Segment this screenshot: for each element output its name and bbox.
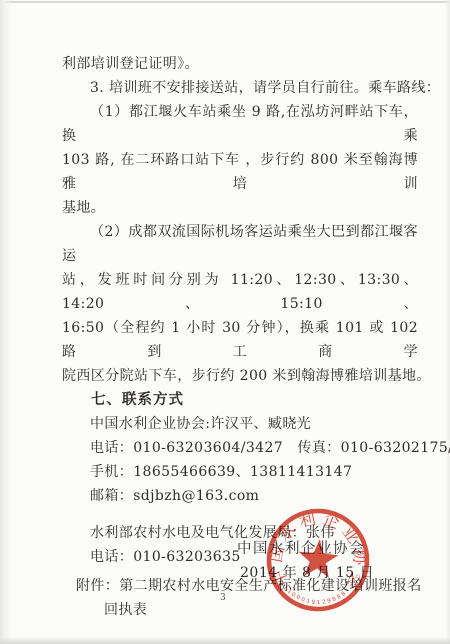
text-line: 基地。	[62, 196, 418, 220]
scan-edge-right	[445, 0, 450, 644]
scan-edge-left	[0, 0, 11, 644]
text-line: 16:50（全程约 1 小时 30 分钟），换乘 101 或 102 路到工商学	[62, 316, 418, 364]
text-line: 手机：18655466639、13811413147	[62, 460, 418, 484]
text-line: 站，发班时间分别为 11:20、12:30、13:30、14:20、15:10、	[62, 268, 418, 316]
text-line: 七、联系方式	[62, 388, 418, 412]
seal-star-icon	[297, 537, 340, 578]
text-line: （2）成都双流国际机场客运站乘坐大巴到都江堰客运	[62, 220, 418, 268]
official-seal-stamp: 中国水利企业协会 1100019129888	[248, 490, 389, 631]
text-line: 电话：010-63203604/3427 传真：010-63202175/360…	[62, 436, 418, 460]
text-line: 3. 培训班不安排接送站，请学员自行前往。乘车路线：	[62, 76, 418, 100]
text-line: 利部培训登记证明》。	[62, 52, 418, 76]
text-line: （1）都江堰火车站乘坐 9 路,在泓坊河畔站下车，换乘	[62, 100, 418, 148]
scan-edge-top	[0, 1, 450, 3]
text-line: 院西区分院站下车，步行约 200 米到翰海博雅培训基地。	[62, 364, 418, 388]
text-line: 中国水利企业协会:许汉平、臧晓光	[62, 412, 418, 436]
scan-edge-bottom	[0, 637, 450, 644]
page-number: 3	[220, 593, 226, 603]
text-line: 103 路, 在二环路口站下车 ，步行约 800 米至翰海博雅培训	[62, 148, 418, 196]
